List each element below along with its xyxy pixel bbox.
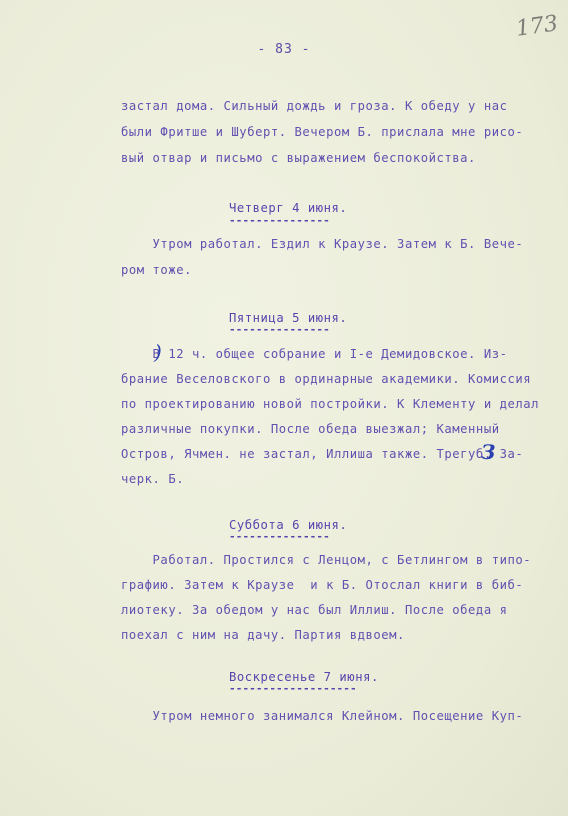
document-page: - 83 - 173 застал дома. Сильный дождь и … <box>0 0 568 816</box>
text-line: застал дома. Сильный дождь и гроза. К об… <box>121 99 508 113</box>
text-line: Остров, Ячмен. не застал, Иллиша также. … <box>121 447 523 461</box>
text-line: брание Веселовского в ординарные академи… <box>121 372 531 386</box>
text-line: Утром работал. Ездил к Краузе. Затем к Б… <box>121 237 523 251</box>
heading-underline: ------------------- <box>229 682 357 695</box>
text-line: черк. Б. <box>121 472 184 486</box>
text-line: по проектированию новой постройки. К Кле… <box>121 397 539 411</box>
text-line: поехал с ним на дачу. Партия вдвоем. <box>121 628 405 642</box>
text-line: Работал. Простился с Ленцом, с Бетлингом… <box>121 553 531 567</box>
text-line: были Фритше и Шуберт. Вечером Б. прислал… <box>121 125 523 139</box>
text-line: В 12 ч. общее собрание и I-е Демидовское… <box>121 347 508 361</box>
pen-bracket-mark: ) <box>154 340 162 364</box>
text-line: ром тоже. <box>121 263 192 277</box>
text-line: лиотеку. За обедом у нас был Иллиш. Посл… <box>121 603 508 617</box>
heading-underline: --------------- <box>229 530 330 543</box>
heading-underline: --------------- <box>229 323 330 336</box>
pen-correction-mark: З <box>481 440 495 464</box>
heading-underline: --------------- <box>229 214 330 227</box>
text-line: графию. Затем к Краузе и к Б. Отослал кн… <box>121 578 523 592</box>
text-line: различные покупки. После обеда выезжал; … <box>121 422 500 436</box>
entry-heading-thursday: Четверг 4 июня. <box>229 201 347 215</box>
text-line: вый отвар и письмо с выражением беспокой… <box>121 151 476 165</box>
archive-folio-number: 173 <box>514 11 559 42</box>
page-number: - 83 - <box>0 42 568 57</box>
text-line: Утром немного занимался Клейном. Посещен… <box>121 709 523 723</box>
